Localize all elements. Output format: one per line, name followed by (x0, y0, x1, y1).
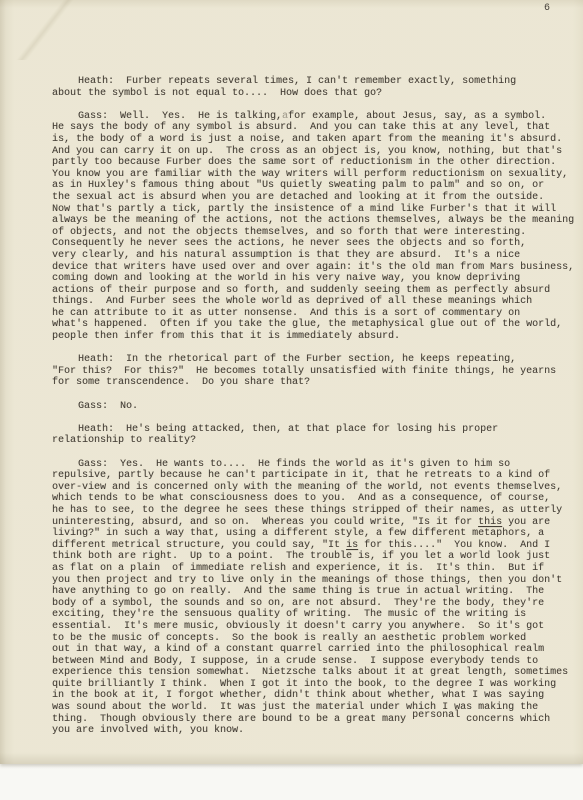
text-line: exciting, they're the sensuous quality o… (52, 609, 567, 621)
text-line: partly too because Furber does the same … (52, 157, 567, 169)
text-segment: people then infer from this that it is i… (52, 331, 400, 342)
text-line: what's happened. Often if you take the g… (52, 319, 567, 331)
text-segment: to be the music of concepts. So the book… (52, 633, 526, 644)
text-segment: And you can carry it on up. The cross as… (52, 146, 562, 157)
page-number: 6 (544, 2, 550, 16)
text-segment: Consequently he never sees the actions, … (52, 238, 526, 249)
text-line: always be the meaning of the actions, no… (52, 215, 567, 227)
text-line: you then project and try to live only in… (52, 575, 567, 587)
text-segment: you then project and try to live only in… (52, 575, 562, 586)
text-line: device that writers have used over and o… (52, 262, 567, 274)
text-segment: he can attribute to it as utter nonsense… (52, 308, 520, 319)
text-segment: Gass: Yes. He wants to.... He finds the … (78, 459, 510, 470)
text-line: was sound about the world. It was just t… (52, 702, 567, 714)
text-segment: partly too because Furber does the same … (52, 157, 556, 168)
text-segment: coming down and looking at the world in … (52, 273, 520, 284)
text-line: living?" in such a way that, using a dif… (52, 528, 567, 540)
text-segment: "For this? For this?" He becomes totally… (52, 366, 556, 377)
text-line: actions of their purpose and so forth, a… (52, 285, 567, 297)
text-line: as flat on a plain of immediate relish a… (52, 563, 567, 575)
transcript-text: Heath: Furber repeats several times, I c… (52, 76, 567, 737)
paragraph: Gass: Yes. He wants to.... He finds the … (52, 459, 567, 737)
text-segment: of objects, and not the objects themselv… (52, 227, 526, 238)
text-segment: which tends to be what consciousness doe… (52, 493, 550, 504)
text-line: uninteresting, absurd, and so on. Wherea… (52, 517, 567, 529)
text-segment: in the book at it, I forgot whether, did… (52, 690, 544, 701)
paragraph: Gass: Well. Yes. He is talking,afor exam… (52, 111, 567, 343)
text-segment: he has to see, to the degree he sees the… (52, 505, 562, 516)
text-line: thing. Though obviously there are bound … (52, 714, 567, 726)
text-line: Heath: In the rhetorical part of the Fur… (52, 354, 567, 366)
text-line: you are involved with, you know. (52, 725, 567, 737)
underlined-word: is (346, 540, 358, 551)
paragraph: Gass: No. (52, 401, 567, 413)
text-segment: the sexual act is absurd when you are de… (52, 192, 544, 203)
text-segment: exciting, they're the sensuous quality o… (52, 609, 526, 620)
text-segment: essential. It's mere music, obviously it… (52, 621, 544, 632)
text-segment: You know you are familiar with the way w… (52, 169, 568, 180)
text-segment: always be the meaning of the actions, no… (52, 215, 574, 226)
text-line: Now that's partly a tick, partly the ins… (52, 204, 567, 216)
text-line: You know you are familiar with the way w… (52, 169, 567, 181)
text-segment: quite brilliantly I think. When I got it… (52, 679, 556, 690)
paragraph: Heath: Furber repeats several times, I c… (52, 76, 567, 99)
text-line: things. And Furber sees the whole world … (52, 296, 567, 308)
text-line: he can attribute to it as utter nonsense… (52, 308, 567, 320)
text-segment: for this...." You know. And I (358, 540, 550, 551)
text-line: relationship to reality? (52, 435, 567, 447)
text-line: coming down and looking at the world in … (52, 273, 567, 285)
text-line: in the book at it, I forgot whether, did… (52, 690, 567, 702)
text-segment: as in Huxley's famous thing about "Us qu… (52, 180, 544, 191)
text-segment: for some transcendence. Do you share tha… (52, 377, 310, 388)
text-line: the sexual act is absurd when you are de… (52, 192, 567, 204)
text-segment: is, the body of a word is just a noise, … (52, 134, 562, 145)
text-segment: as flat on a plain of immediate relish a… (52, 563, 544, 574)
text-segment: things. And Furber sees the whole world … (52, 296, 532, 307)
paragraph: Heath: He's being attacked, then, at tha… (52, 424, 567, 447)
text-line: Gass: Yes. He wants to.... He finds the … (52, 459, 567, 471)
text-line: body of a symbol, the sounds and so on, … (52, 598, 567, 610)
text-segment: different metrical structure, you could … (52, 540, 346, 551)
text-segment: between Mind and Body, I suppose, in a c… (52, 656, 538, 667)
text-segment: relationship to reality? (52, 435, 196, 446)
text-line: which tends to be what consciousness doe… (52, 493, 567, 505)
text-line: Gass: No. (52, 401, 567, 413)
text-line: think both are right. Up to a point. The… (52, 551, 567, 563)
text-line: repulsive, partly because he can't parti… (52, 470, 567, 482)
text-line: quite brilliantly I think. When I got it… (52, 679, 567, 691)
text-line: out in that way, a kind of a constant qu… (52, 644, 567, 656)
text-line: is, the body of a word is just a noise, … (52, 134, 567, 146)
text-line: between Mind and Body, I suppose, in a c… (52, 656, 567, 668)
text-line: He says the body of any symbol is absurd… (52, 122, 567, 134)
text-line: essential. It's mere music, obviously it… (52, 621, 567, 633)
text-segment: was sound about the world. It was just t… (52, 702, 538, 713)
text-segment: about the symbol is not equal to.... How… (52, 88, 382, 99)
text-segment: very clearly, and his natural assumption… (52, 250, 520, 261)
text-line: Gass: Well. Yes. He is talking,afor exam… (52, 111, 567, 123)
text-segment: you are (502, 517, 550, 528)
text-segment: repulsive, partly because he can't parti… (52, 470, 550, 481)
document-page: 6 Heath: Furber repeats several times, I… (0, 0, 583, 764)
text-line: And you can carry it on up. The cross as… (52, 146, 567, 158)
text-segment: out in that way, a kind of a constant qu… (52, 644, 544, 655)
text-line: very clearly, and his natural assumption… (52, 250, 567, 262)
paragraph: Heath: In the rhetorical part of the Fur… (52, 354, 567, 389)
text-line: experience this tension somewhat. Nietzs… (52, 667, 567, 679)
text-line: as in Huxley's famous thing about "Us qu… (52, 180, 567, 192)
text-segment: living?" in such a way that, using a dif… (52, 528, 544, 539)
text-line: to be the music of concepts. So the book… (52, 633, 567, 645)
text-segment: Gass: No. (78, 401, 138, 412)
text-segment: Heath: Furber repeats several times, I c… (78, 76, 516, 87)
text-segment: think both are right. Up to a point. The… (52, 551, 550, 562)
text-segment: device that writers have used over and o… (52, 262, 574, 273)
text-line: Consequently he never sees the actions, … (52, 238, 567, 250)
text-segment: Now that's partly a tick, partly the ins… (52, 204, 556, 215)
strikeover-char: a (282, 111, 288, 122)
text-segment: body of a symbol, the sounds and so on, … (52, 598, 544, 609)
text-line: different metrical structure, you could … (52, 540, 567, 552)
text-line: he has to see, to the degree he sees the… (52, 505, 567, 517)
text-segment: Heath: In the rhetorical part of the Fur… (78, 354, 516, 365)
text-segment: Heath: He's being attacked, then, at tha… (78, 424, 498, 435)
text-segment: uninteresting, absurd, and so on. Wherea… (52, 517, 478, 528)
text-segment: He says the body of any symbol is absurd… (52, 122, 550, 133)
text-segment: over-view and is concerned only with the… (52, 482, 562, 493)
text-segment: experience this tension somewhat. Nietzs… (52, 667, 568, 678)
underlined-word: this (478, 517, 502, 528)
text-line: "For this? For this?" He becomes totally… (52, 366, 567, 378)
text-segment: you are involved with, you know. (52, 725, 244, 736)
text-line: have anything to go on really. And the s… (52, 586, 567, 598)
text-segment: Gass: Well. Yes. He is talking, (78, 111, 282, 122)
text-line: over-view and is concerned only with the… (52, 482, 567, 494)
text-segment: what's happened. Often if you take the g… (52, 319, 562, 330)
text-line: about the symbol is not equal to.... How… (52, 88, 567, 100)
text-segment: actions of their purpose and so forth, a… (52, 285, 550, 296)
text-segment: thing. Though obviously there are bound … (52, 714, 412, 725)
text-line: for some transcendence. Do you share tha… (52, 377, 567, 389)
text-line: people then infer from this that it is i… (52, 331, 567, 343)
text-line: Heath: He's being attacked, then, at tha… (52, 424, 567, 436)
text-segment: concerns which (460, 714, 550, 725)
text-line: of objects, and not the objects themselv… (52, 227, 567, 239)
inserted-word: personal (412, 710, 460, 721)
text-line: Heath: Furber repeats several times, I c… (52, 76, 567, 88)
text-segment: have anything to go on really. And the s… (52, 586, 544, 597)
text-segment: for example, about Jesus, say, as a symb… (288, 111, 546, 122)
